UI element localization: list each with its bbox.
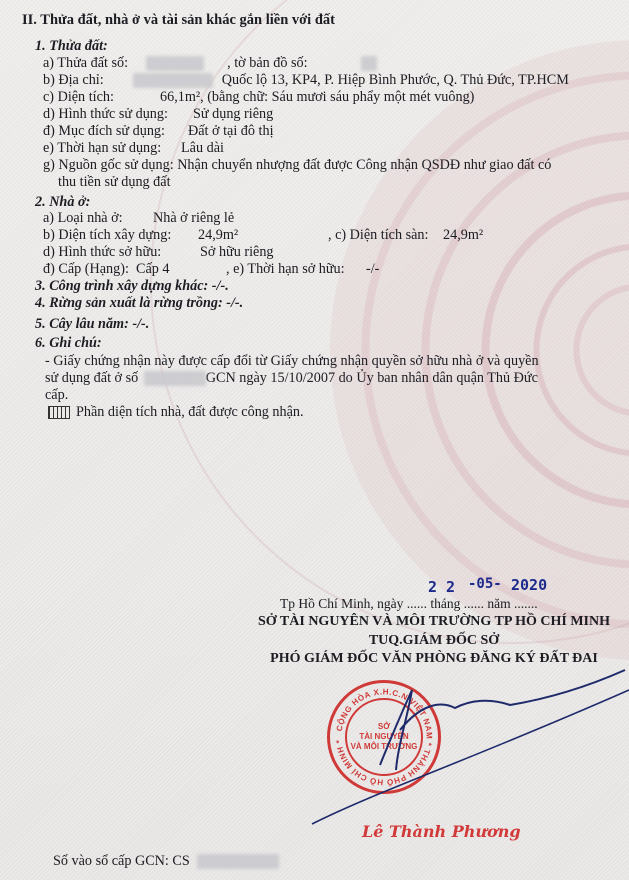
origin-row: g) Nguồn gốc sử dụng: Nhận chuyển nhượng…: [43, 157, 551, 174]
purpose-value: Đất ở tại đô thị: [188, 123, 274, 139]
house-type-row: a) Loại nhà ở:Nhà ở riêng lẻ: [43, 210, 234, 227]
redacted-registry-number: [197, 854, 279, 869]
ownership-row: d) Hình thức sở hữu:Sở hữu riêng: [43, 244, 274, 261]
origin-value-line2: thu tiền sử dụng đất: [58, 174, 171, 191]
term-value: Lâu dài: [181, 140, 224, 156]
other-construction: 3. Công trình xây dựng khác: -/-.: [35, 278, 229, 295]
redacted-house-number: [133, 73, 213, 88]
legend-text: Phần diện tích nhà, đất được công nhận.: [76, 404, 304, 420]
map-sheet-label: , tờ bản đồ số:: [227, 55, 307, 71]
own-term-label: , e) Thời hạn sở hữu:: [226, 261, 366, 278]
purpose-label: đ) Mục đích sử dụng:: [43, 123, 188, 140]
redacted-old-certificate-number: [144, 371, 206, 386]
grade-row: đ) Cấp (Hạng):Cấp 4, e) Thời hạn sở hữu:…: [43, 261, 379, 278]
section-title: II. Thửa đất, nhà ở và tài sản khác gắn …: [22, 12, 335, 29]
on-behalf-title: TUQ.GIÁM ĐỐC SỞ: [244, 633, 624, 649]
origin-label: g) Nguồn gốc sử dụng:: [43, 157, 174, 173]
ownership-value: Sở hữu riêng: [200, 244, 274, 260]
grade-value: Cấp 4: [136, 261, 226, 278]
notes-line1: - Giấy chứng nhận này được cấp đổi từ Gi…: [45, 353, 539, 370]
purpose-row: đ) Mục đích sử dụng:Đất ở tại đô thị: [43, 123, 274, 140]
notes-heading: 6. Ghi chú:: [35, 335, 102, 352]
redacted-parcel-number: [146, 56, 204, 71]
build-area-label: b) Diện tích xây dựng:: [43, 227, 198, 244]
parcel-label: a) Thửa đất số:: [43, 55, 128, 71]
floor-area-value: 24,9m²: [443, 227, 483, 243]
seal-center: SỞ TÀI NGUYÊN VÀ MÔI TRƯỜNG: [345, 698, 423, 776]
notes-line2: sử dụng đất ở số GCN ngày 15/10/2007 do …: [45, 370, 538, 387]
redacted-map-sheet: [361, 56, 377, 71]
build-area-row: b) Diện tích xây dựng:24,9m², c) Diện tí…: [43, 227, 483, 244]
address-row: b) Địa chỉ: Quốc lộ 13, KP4, P. Hiệp Bìn…: [43, 72, 569, 89]
stamped-year: 2020: [511, 576, 547, 594]
parcel-number-row: a) Thửa đất số: , tờ bản đồ số:: [43, 55, 377, 72]
ownership-label: d) Hình thức sở hữu:: [43, 244, 200, 261]
registry-label: Số vào sổ cấp GCN: CS: [53, 853, 190, 869]
term-label: e) Thời hạn sử dụng:: [43, 140, 181, 157]
stamped-month: -05-: [468, 576, 502, 592]
house-type-value: Nhà ở riêng lẻ: [153, 210, 234, 226]
registry-number-row: Số vào sổ cấp GCN: CS: [53, 853, 279, 870]
signer-title: PHÓ GIÁM ĐỐC VĂN PHÒNG ĐĂNG KÝ ĐẤT ĐAI: [244, 651, 624, 667]
use-form-row: d) Hình thức sử dụng:Sử dụng riêng: [43, 106, 273, 123]
notes-line2-prefix: sử dụng đất ở số: [45, 370, 138, 386]
seal-center-line2: TÀI NGUYÊN: [359, 732, 408, 742]
use-form-label: d) Hình thức sử dụng:: [43, 106, 193, 123]
area-label: c) Diện tích:: [43, 89, 160, 106]
address-label: b) Địa chỉ:: [43, 72, 104, 88]
dotted-legend-icon: [48, 406, 70, 419]
land-heading: 1. Thửa đất:: [35, 38, 108, 55]
term-row: e) Thời hạn sử dụng:Lâu dài: [43, 140, 224, 157]
grade-label: đ) Cấp (Hạng):: [43, 261, 136, 278]
house-heading: 2. Nhà ở:: [35, 194, 90, 211]
signer-name: Lê Thành Phương: [362, 822, 521, 841]
house-type-label: a) Loại nhà ở:: [43, 210, 153, 227]
recognized-area-legend: Phần diện tích nhà, đất được công nhận.: [48, 404, 304, 421]
perennial-trees: 5. Cây lâu năm: -/-.: [35, 316, 149, 333]
stamped-day: 2 2: [428, 578, 455, 596]
place-date: Tp Hồ Chí Minh, ngày ...... tháng ......…: [280, 595, 538, 612]
seal-center-line3: VÀ MÔI TRƯỜNG: [351, 742, 418, 752]
area-value: 66,1m², (bằng chữ: Sáu mươi sáu phẩy một…: [160, 89, 474, 105]
official-red-seal: CỘNG HÒA X.H.C.N VIỆT NAM * THÀNH PHỐ HỒ…: [327, 680, 441, 794]
build-area-value: 24,9m²: [198, 227, 328, 244]
area-row: c) Diện tích:66,1m², (bằng chữ: Sáu mươi…: [43, 89, 474, 106]
use-form-value: Sử dụng riêng: [193, 106, 273, 122]
production-forest: 4. Rừng sản xuất là rừng trồng: -/-.: [35, 295, 243, 312]
own-term-value: -/-: [366, 261, 379, 277]
origin-value-line1: Nhận chuyển nhượng đất được Công nhận QS…: [177, 157, 551, 173]
notes-line2-suffix: GCN ngày 15/10/2007 do Ủy ban nhân dân q…: [206, 370, 538, 386]
notes-line3: cấp.: [45, 387, 68, 404]
issuing-organization: SỞ TÀI NGUYÊN VÀ MÔI TRƯỜNG TP HỒ CHÍ MI…: [244, 614, 624, 630]
floor-area-label: , c) Diện tích sàn:: [328, 227, 443, 244]
address-value: Quốc lộ 13, KP4, P. Hiệp Bình Phước, Q. …: [222, 72, 569, 88]
seal-center-line1: SỞ: [378, 722, 390, 732]
certificate-content: II. Thửa đất, nhà ở và tài sản khác gắn …: [0, 0, 629, 880]
